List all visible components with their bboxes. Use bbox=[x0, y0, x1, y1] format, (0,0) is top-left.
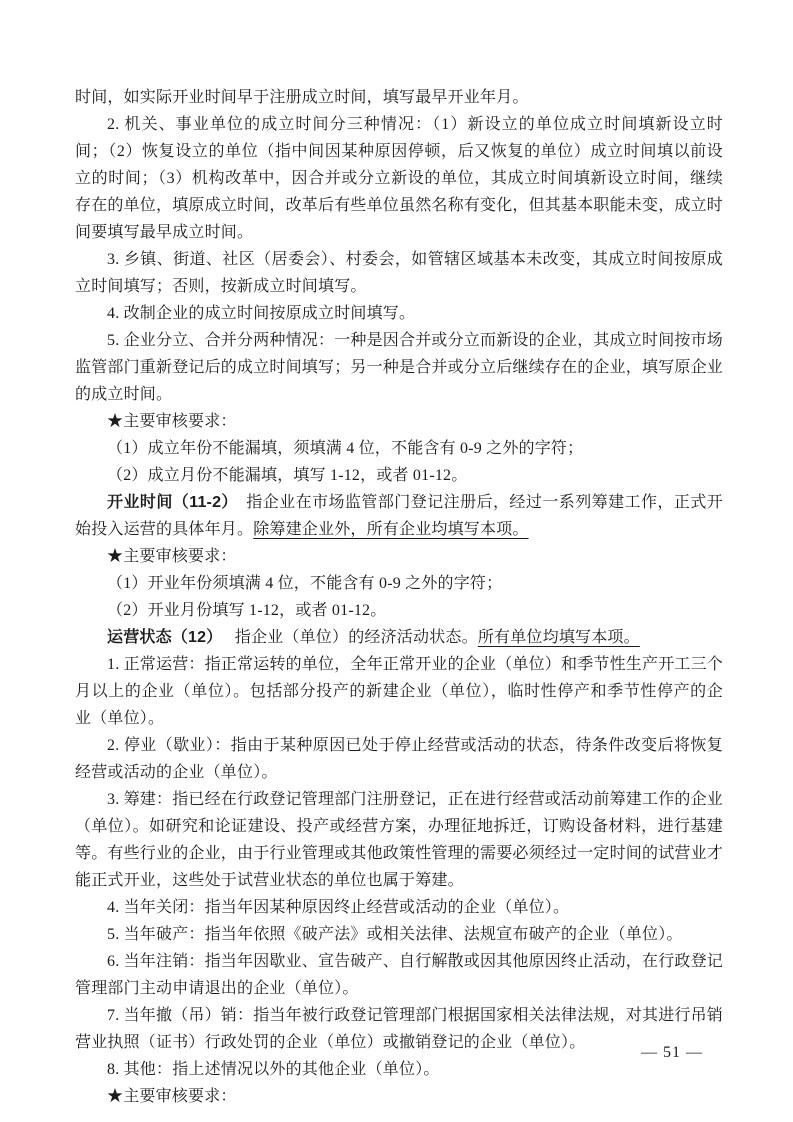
underlined-emphasis: 除筹建企业外，所有企业均填写本项。 bbox=[253, 521, 528, 538]
paragraph: 开业时间（11-2） 指企业在市场监管部门登记注册后，经过一系列筹建工作，正式开… bbox=[75, 489, 723, 543]
text-run: 2. 机关、事业单位的成立时间分三种情况：（1）新设立的单位成立时间填新设立时间… bbox=[75, 116, 723, 241]
text-run: 3. 筹建：指已经在行政登记管理部门注册登记，正在进行经营或活动前筹建工作的企业… bbox=[75, 791, 723, 889]
paragraph: 运营状态（12） 指企业（单位）的经济活动状态。所有单位均填写本项。 bbox=[75, 624, 723, 651]
text-run: ★主要审核要求： bbox=[107, 413, 237, 430]
paragraph: 5. 当年破产：指当年依照《破产法》或相关法律、法规宣布破产的企业（单位）。 bbox=[75, 921, 723, 948]
text-run: 5. 当年破产：指当年依照《破产法》或相关法律、法规宣布破产的企业（单位）。 bbox=[107, 926, 683, 943]
paragraph: 3. 筹建：指已经在行政登记管理部门注册登记，正在进行经营或活动前筹建工作的企业… bbox=[75, 786, 723, 894]
text-run: 6. 当年注销：指当年因歇业、宣告破产、自行解散或因其他原因终止活动，在行政登记… bbox=[75, 953, 723, 997]
paragraph: （1）开业年份须填满 4 位，不能含有 0-9 之外的字符； bbox=[75, 570, 723, 597]
paragraph: 7. 当年撤（吊）销：指当年被行政登记管理部门根据国家相关法律法规，对其进行吊销… bbox=[75, 1002, 723, 1056]
document-page: 时间，如实际开业时间早于注册成立时间，填写最早开业年月。2. 机关、事业单位的成… bbox=[0, 0, 793, 1122]
text-run: 4. 改制企业的成立时间按原成立时间填写。 bbox=[107, 305, 415, 322]
text-run: （2）成立月份不能漏填，填写 1-12，或者 01-12。 bbox=[107, 467, 467, 484]
paragraph: 5. 企业分立、合并分两种情况：一种是因合并或分立而新设的企业，其成立时间按市场… bbox=[75, 327, 723, 408]
term-heading: 运营状态（12） bbox=[107, 629, 214, 646]
paragraph: ★主要审核要求： bbox=[75, 543, 723, 570]
paragraph: （1）成立年份不能漏填，须填满 4 位，不能含有 0-9 之外的字符； bbox=[75, 435, 723, 462]
text-run: 2. 停业（歇业）：指由于某种原因已处于停止经营或活动的状态，待条件改变后将恢复… bbox=[75, 737, 723, 781]
text-run: ★主要审核要求： bbox=[107, 548, 237, 565]
paragraph: 4. 当年关闭：指当年因某种原因终止经营或活动的企业（单位）。 bbox=[75, 894, 723, 921]
paragraph: 4. 改制企业的成立时间按原成立时间填写。 bbox=[75, 300, 723, 327]
term-heading: 开业时间（11-2） bbox=[107, 494, 230, 511]
text-run: 3. 乡镇、街道、社区（居委会）、村委会，如管辖区域基本未改变，其成立时间按原成… bbox=[75, 251, 723, 295]
paragraph: 6. 当年注销：指当年因歇业、宣告破产、自行解散或因其他原因终止活动，在行政登记… bbox=[75, 948, 723, 1002]
page-number: — 51 — bbox=[641, 1044, 703, 1062]
paragraph: 8. 其他：指上述情况以外的其他企业（单位）。 bbox=[75, 1056, 723, 1083]
text-run: 时间，如实际开业时间早于注册成立时间，填写最早开业年月。 bbox=[75, 89, 529, 106]
underlined-emphasis: 所有单位均填写本项。 bbox=[478, 629, 640, 646]
paragraph: 1. 正常运营：指正常运转的单位，全年正常开业的企业（单位）和季节性生产开工三个… bbox=[75, 651, 723, 732]
text-run: 4. 当年关闭：指当年因某种原因终止经营或活动的企业（单位）。 bbox=[107, 899, 569, 916]
text-run: （2）开业月份填写 1-12，或者 01-12。 bbox=[107, 602, 386, 619]
paragraph: 2. 机关、事业单位的成立时间分三种情况：（1）新设立的单位成立时间填新设立时间… bbox=[75, 111, 723, 246]
text-run: 7. 当年撤（吊）销：指当年被行政登记管理部门根据国家相关法律法规，对其进行吊销… bbox=[75, 1007, 723, 1051]
paragraph: 时间，如实际开业时间早于注册成立时间，填写最早开业年月。 bbox=[75, 84, 723, 111]
text-run: （1）成立年份不能漏填，须填满 4 位，不能含有 0-9 之外的字符； bbox=[107, 440, 583, 457]
paragraph: （2）开业月份填写 1-12，或者 01-12。 bbox=[75, 597, 723, 624]
text-run: （1）开业年份须填满 4 位，不能含有 0-9 之外的字符； bbox=[107, 575, 502, 592]
paragraph: （2）成立月份不能漏填，填写 1-12，或者 01-12。 bbox=[75, 462, 723, 489]
paragraph: 3. 乡镇、街道、社区（居委会）、村委会，如管辖区域基本未改变，其成立时间按原成… bbox=[75, 246, 723, 300]
text-run: 1. 正常运营：指正常运转的单位，全年正常开业的企业（单位）和季节性生产开工三个… bbox=[75, 656, 723, 727]
text-run: 8. 其他：指上述情况以外的其他企业（单位）。 bbox=[107, 1061, 440, 1078]
text-run: ★主要审核要求： bbox=[107, 1088, 237, 1105]
paragraph: 2. 停业（歇业）：指由于某种原因已处于停止经营或活动的状态，待条件改变后将恢复… bbox=[75, 732, 723, 786]
document-body: 时间，如实际开业时间早于注册成立时间，填写最早开业年月。2. 机关、事业单位的成… bbox=[75, 84, 723, 1110]
paragraph: ★主要审核要求： bbox=[75, 1083, 723, 1110]
text-run: 5. 企业分立、合并分两种情况：一种是因合并或分立而新设的企业，其成立时间按市场… bbox=[75, 332, 723, 403]
paragraph: ★主要审核要求： bbox=[75, 408, 723, 435]
text-run: 指企业（单位）的经济活动状态。 bbox=[214, 629, 477, 646]
